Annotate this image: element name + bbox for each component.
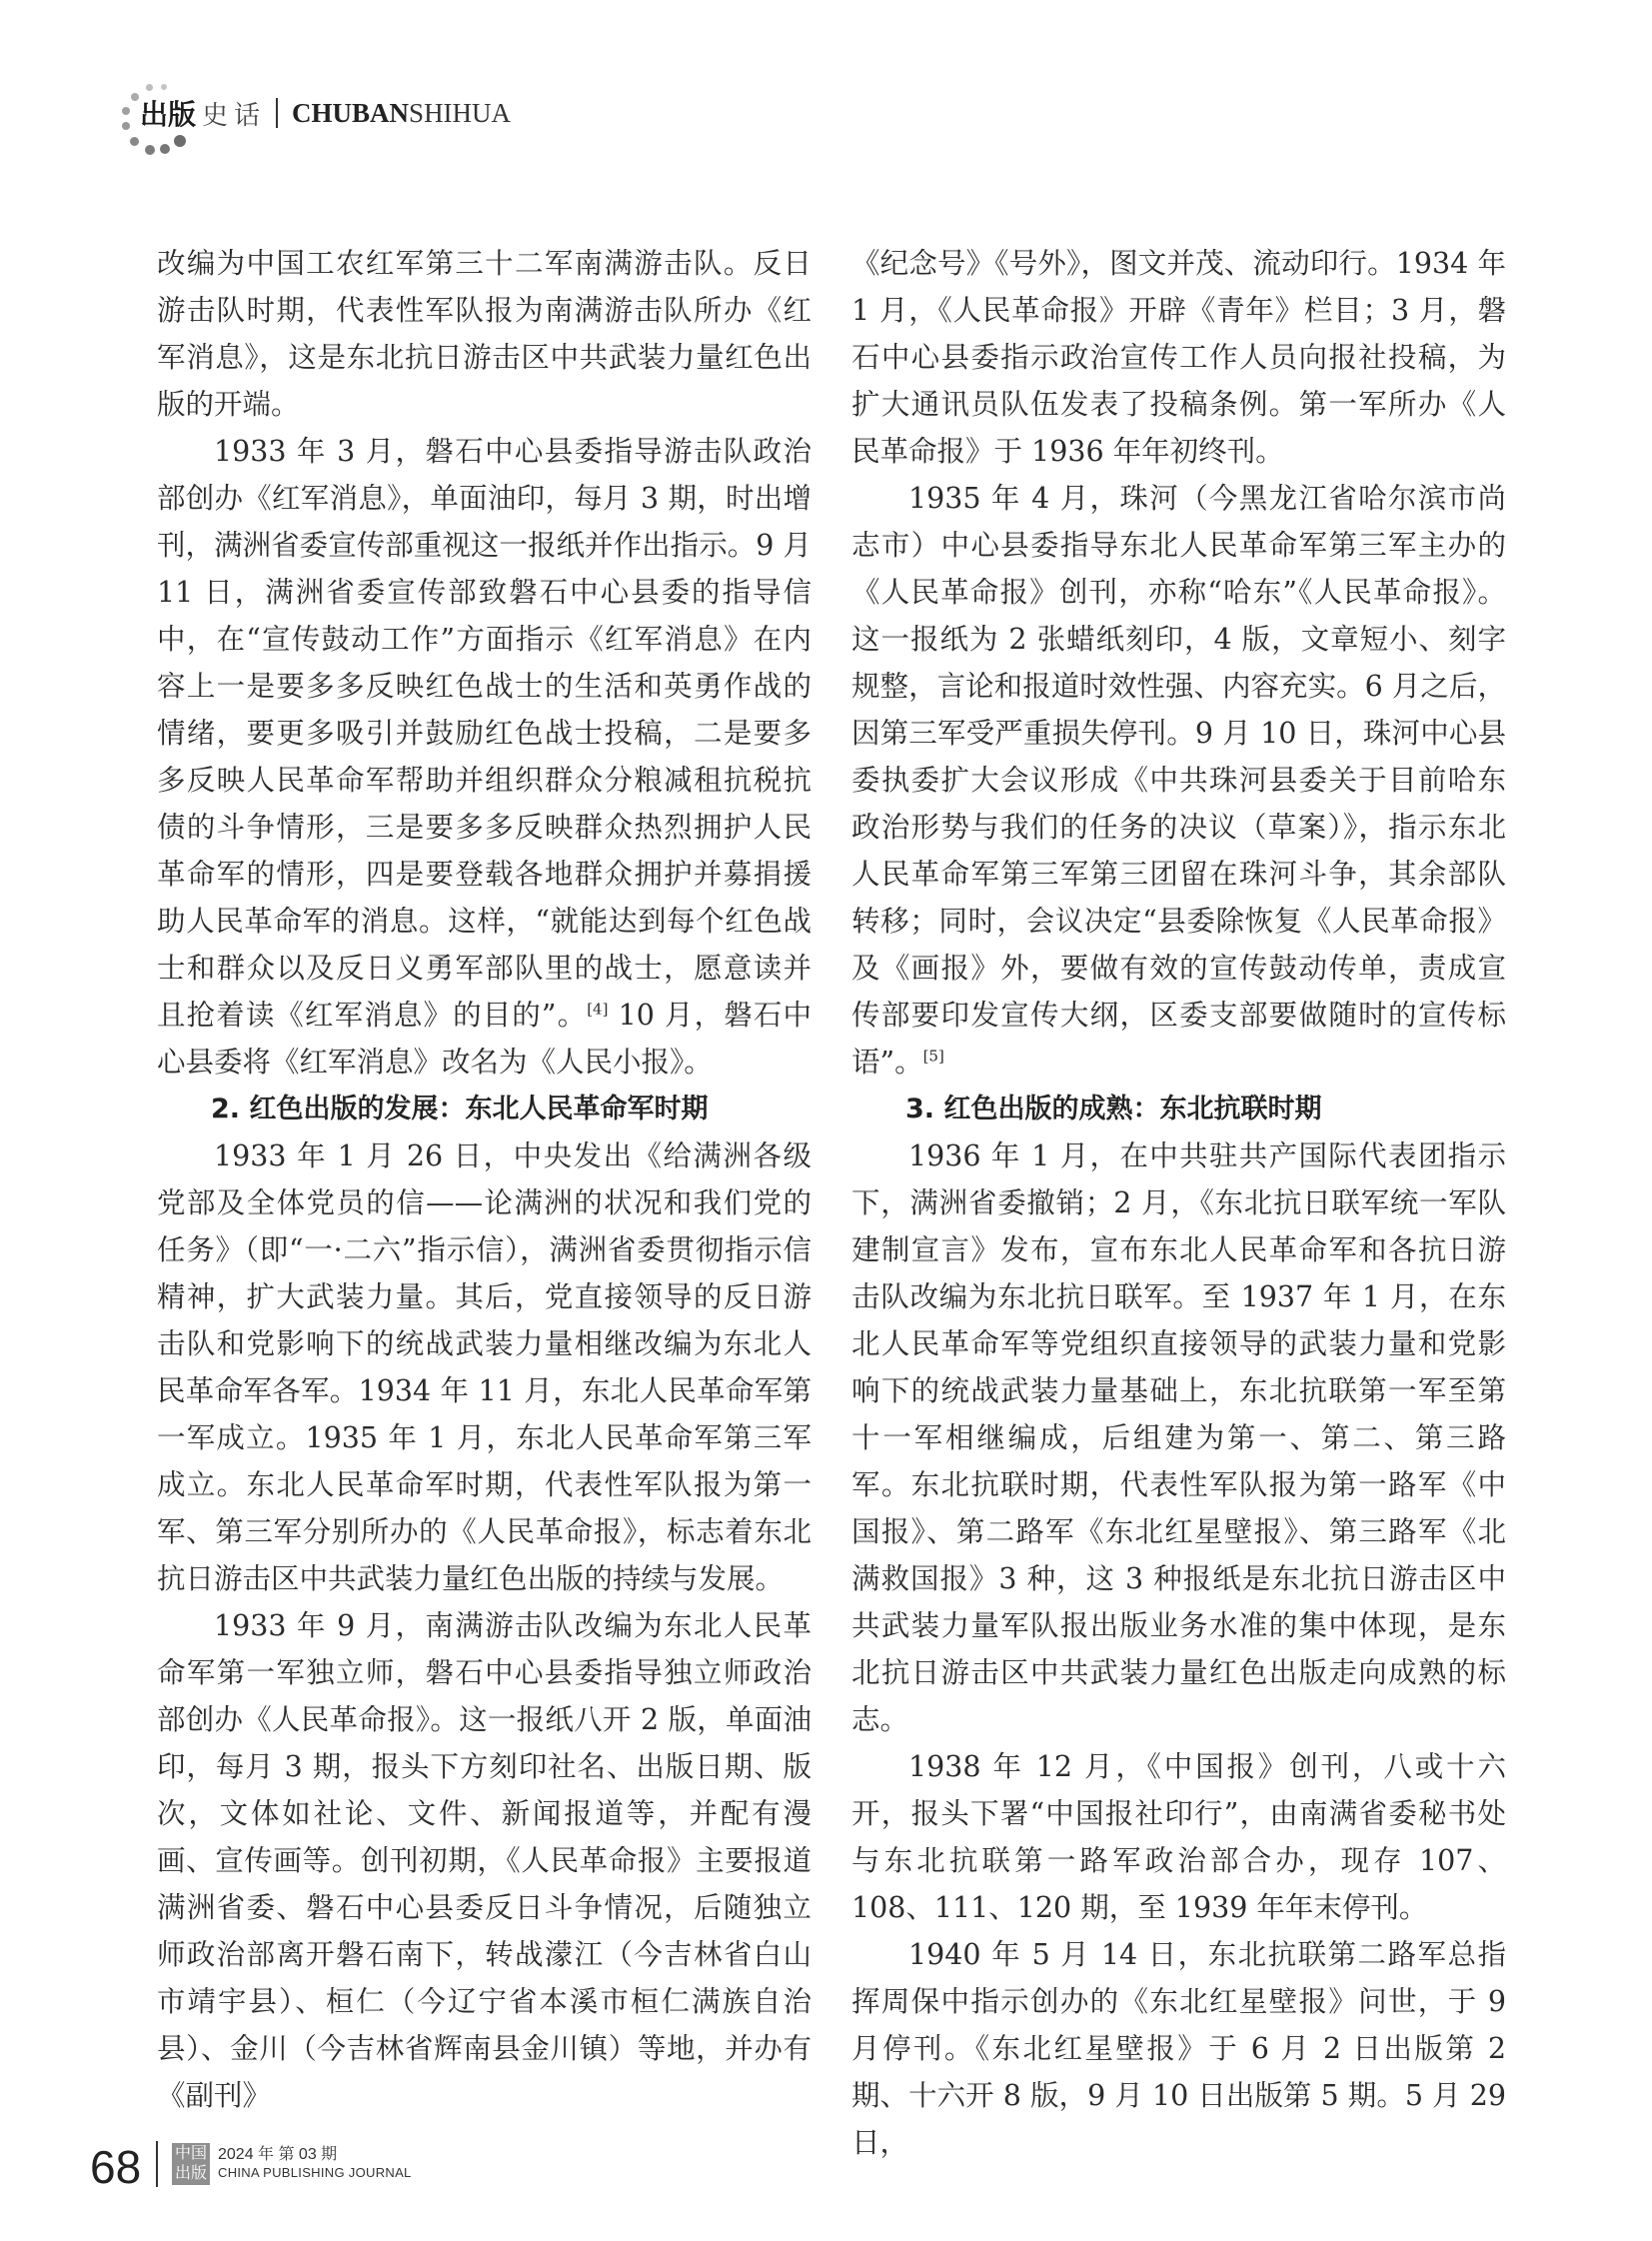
footer-divider [156,2141,158,2187]
body-paragraph: 1936 年 1 月，在中共驻共产国际代表团指示下，满洲省委撤销；2 月，《东北… [851,1132,1506,1743]
paragraph-text: 2. 红色出版的发展：东北人民革命军时期 [211,1094,708,1124]
header-divider [276,98,278,128]
page-footer: 68 中国出版 2024 年 第 03 期 CHINA PUBLISHING J… [90,2139,690,2199]
body-paragraph: 1933 年 1 月 26 日，中央发出《给满洲各级党部及全体党员的信——论满洲… [157,1132,812,1602]
body-paragraph: 1935 年 4 月，珠河（今黑龙江省哈尔滨市尚志市）中心县委指导东北人民革命军… [851,475,1506,1086]
paragraph-text: 1935 年 4 月，珠河（今黑龙江省哈尔滨市尚志市）中心县委指导东北人民革命军… [851,482,1506,1079]
paragraph-text: 1938 年 12 月，《中国报》创刊，八或十六开，报头下署“中国报社印行”，由… [851,1750,1506,1924]
body-paragraph: 1938 年 12 月，《中国报》创刊，八或十六开，报头下署“中国报社印行”，由… [851,1743,1506,1931]
section-heading: 2. 红色出版的发展：东北人民革命军时期 [157,1086,812,1132]
journal-logo-icon: 中国出版 [172,2143,210,2185]
body-paragraph: 1933 年 9 月，南满游击队改编为东北人民革命军第一军独立师，磐石中心县委指… [157,1602,812,2119]
body-paragraph: 改编为中国工农红军第三十二军南满游击队。反日游击队时期，代表性军队报为南满游击队… [157,240,812,428]
paragraph-text: 1933 年 1 月 26 日，中央发出《给满洲各级党部及全体党员的信——论满洲… [157,1139,812,1595]
paragraph-text: 1940 年 5 月 14 日，东北抗联第二路军总指挥周保中指示创办的《东北红星… [851,1938,1506,2159]
running-header: 出版 史话 CHUBAN SHIHUA [100,75,800,170]
left-column: 改编为中国工农红军第三十二军南满游击队。反日游击队时期，代表性军队报为南满游击队… [157,240,812,2119]
section-title-en-light: SHIHUA [409,98,511,129]
citation-marker: [4] [587,1001,608,1019]
section-title-cn-light: 史话 [202,95,266,132]
paragraph-text: 3. 红色出版的成熟：东北抗联时期 [905,1094,1321,1124]
issue-label: 2024 年 第 03 期 [218,2141,337,2164]
section-heading: 3. 红色出版的成熟：东北抗联时期 [851,1086,1506,1132]
section-title-en-bold: CHUBAN [292,98,409,129]
paragraph-text: 1933 年 3 月，磐石中心县委指导游击队政治部创办《红军消息》，单面油印，每… [157,435,812,1032]
body-paragraph: 《纪念号》《号外》，图文并茂、流动印行。1934 年 1 月，《人民革命报》开辟… [851,240,1506,475]
page-number: 68 [90,2139,141,2195]
journal-name: CHINA PUBLISHING JOURNAL [218,2165,412,2180]
paragraph-text: 1936 年 1 月，在中共驻共产国际代表团指示下，满洲省委撤销；2 月，《东北… [851,1139,1506,1736]
section-title: 出版 史话 CHUBAN SHIHUA [140,93,511,133]
paragraph-text: 《纪念号》《号外》，图文并茂、流动印行。1934 年 1 月，《人民革命报》开辟… [851,247,1506,468]
body-paragraph: 1940 年 5 月 14 日，东北抗联第二路军总指挥周保中指示创办的《东北红星… [851,1931,1506,2166]
paragraph-text: 1933 年 9 月，南满游击队改编为东北人民革命军第一军独立师，磐石中心县委指… [157,1609,812,2112]
section-title-cn-bold: 出版 [140,93,196,133]
citation-marker: [5] [923,1048,944,1066]
body-paragraph: 1933 年 3 月，磐石中心县委指导游击队政治部创办《红军消息》，单面油印，每… [157,428,812,1086]
paragraph-text: 改编为中国工农红军第三十二军南满游击队。反日游击队时期，代表性军队报为南满游击队… [157,247,812,421]
right-column: 《纪念号》《号外》，图文并茂、流动印行。1934 年 1 月，《人民革命报》开辟… [851,240,1506,2166]
